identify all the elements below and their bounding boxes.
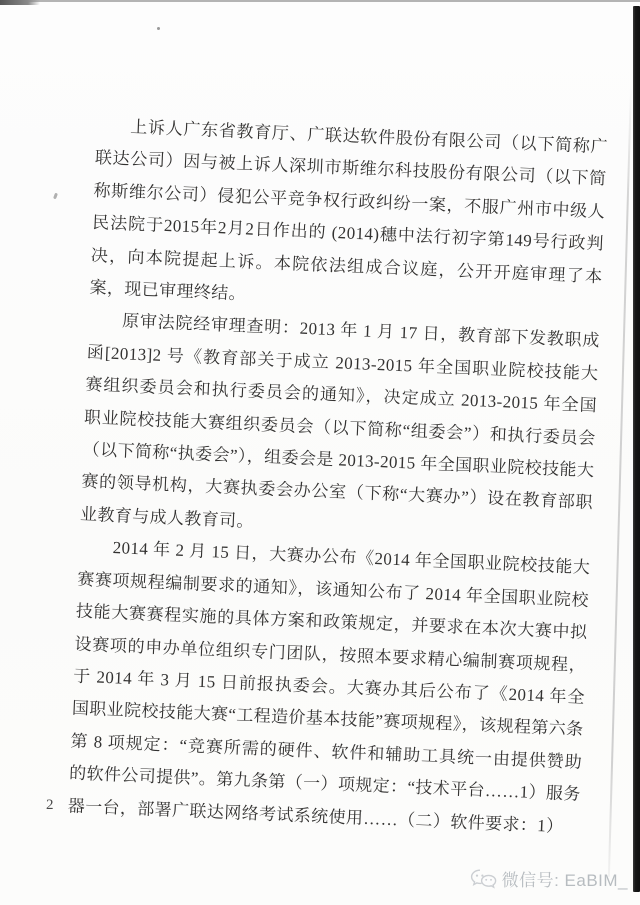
scan-edge-top [0,0,640,2]
paragraph-court-findings-2: 2014 年 2 月 15 日，大赛办公布《2014 年全国职业院校技能大赛赛项… [67,531,591,844]
judgment-text-block: 上诉人广东省教育厅、广联达软件股份有限公司（以下简称广联达公司）因与被上诉人深圳… [67,110,608,844]
scan-bar-right [633,6,640,892]
paragraph-court-findings-1: 原审法院经审理查明：2013 年 1 月 17 日，教育部下发教职成函[2013… [79,304,600,552]
scan-smudge-topleft [0,0,40,5]
watermark: 微信号: EaBIM_ [470,866,628,891]
page-number: 2 [46,797,54,814]
scratch-line [608,85,632,877]
wechat-icon [470,868,497,890]
paragraph-appeal-intro: 上诉人广东省教育厅、广联达软件股份有限公司（以下简称广联达公司）因与被上诉人深圳… [89,110,609,326]
scan-speck [53,193,58,200]
scan-speck [157,27,160,30]
